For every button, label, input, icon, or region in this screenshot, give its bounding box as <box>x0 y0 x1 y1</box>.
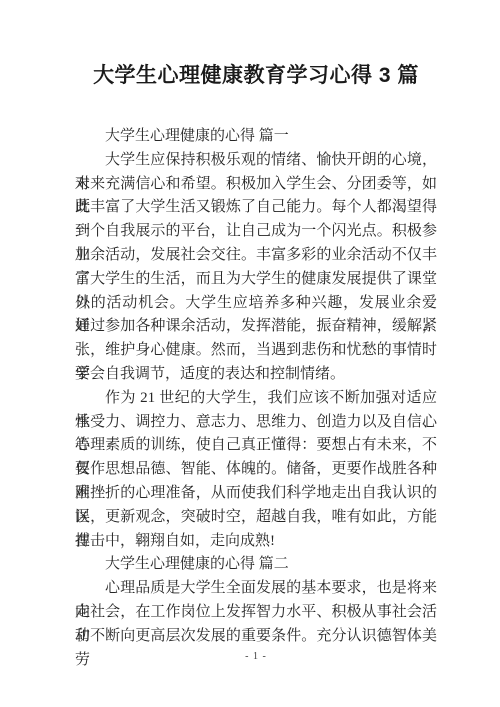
text-line: 承受力、调控力、意志力、思维力、创造力以及自信心等 <box>75 411 437 435</box>
document-title: 大学生心理健康教育学习心得 3 篇 <box>75 60 437 92</box>
text-line: 学会自我调节，适度的表达和控制情绪。 <box>75 363 437 387</box>
page-number: - 1 - <box>75 650 437 664</box>
text-line: 心理素质的训练，使自己真正懂得：要想占有未来，不仅 <box>75 434 437 458</box>
section-heading: 大学生心理健康的心得 篇二 <box>75 553 437 577</box>
text-line: 要作思想品德、智能、体魄的。储备，更要作战胜各种困 <box>75 458 437 482</box>
text-line: 未来充满信心和希望。积极加入学生会、分团委等，如此 <box>75 173 437 197</box>
text-line: 区，更新观念，突破时空，超越自我，唯有如此，方能在 <box>75 506 437 530</box>
text-line: 张，维护身心健康。然而，当遇到悲伤和忧愁的事情时要 <box>75 339 437 363</box>
section-heading: 大学生心理健康的心得 篇一 <box>75 125 437 149</box>
text-line: 外的活动机会。大学生应培养多种兴趣，发展业余爱好， <box>75 292 437 316</box>
text-line: 向社会，在工作岗位上发挥智力水平、积极从事社会活动 <box>75 601 437 625</box>
text-line: 通过参加各种课余活动，发挥潜能，振奋精神，缓解紧 <box>75 315 437 339</box>
text-line: 和不断向更高层次发展的重要条件。充分认识德智体美劳 <box>75 625 437 649</box>
document-page: 大学生心理健康教育学习心得 3 篇 大学生心理健康的心得 篇一大学生应保持积极乐… <box>0 0 500 707</box>
text-line: 大学生应保持积极乐观的情绪、愉快开朗的心境，对 <box>75 149 437 173</box>
text-line: 难挫折的心理准备，从而使我们科学地走出自我认识的误 <box>75 482 437 506</box>
text-line: 一个自我展示的平台，让自己成为一个闪光点。积极参加 <box>75 220 437 244</box>
text-line: 心理品质是大学生全面发展的基本要求，也是将来走 <box>75 577 437 601</box>
text-line: 业余活动，发展社会交往。丰富多彩的业余活动不仅丰富 <box>75 244 437 268</box>
document-body: 大学生心理健康的心得 篇一大学生应保持积极乐观的情绪、愉快开朗的心境，对未来充满… <box>75 125 437 649</box>
text-line: 搏击中，翱翔自如，走向成熟! <box>75 530 437 554</box>
text-line: 了大学生的生活，而且为大学生的健康发展提供了课堂以 <box>75 268 437 292</box>
text-line: 作为 21 世纪的大学生，我们应该不断加强对适应性、 <box>75 387 437 411</box>
text-line: 既丰富了大学生活又锻炼了自己能力。每个人都渴望得到 <box>75 196 437 220</box>
